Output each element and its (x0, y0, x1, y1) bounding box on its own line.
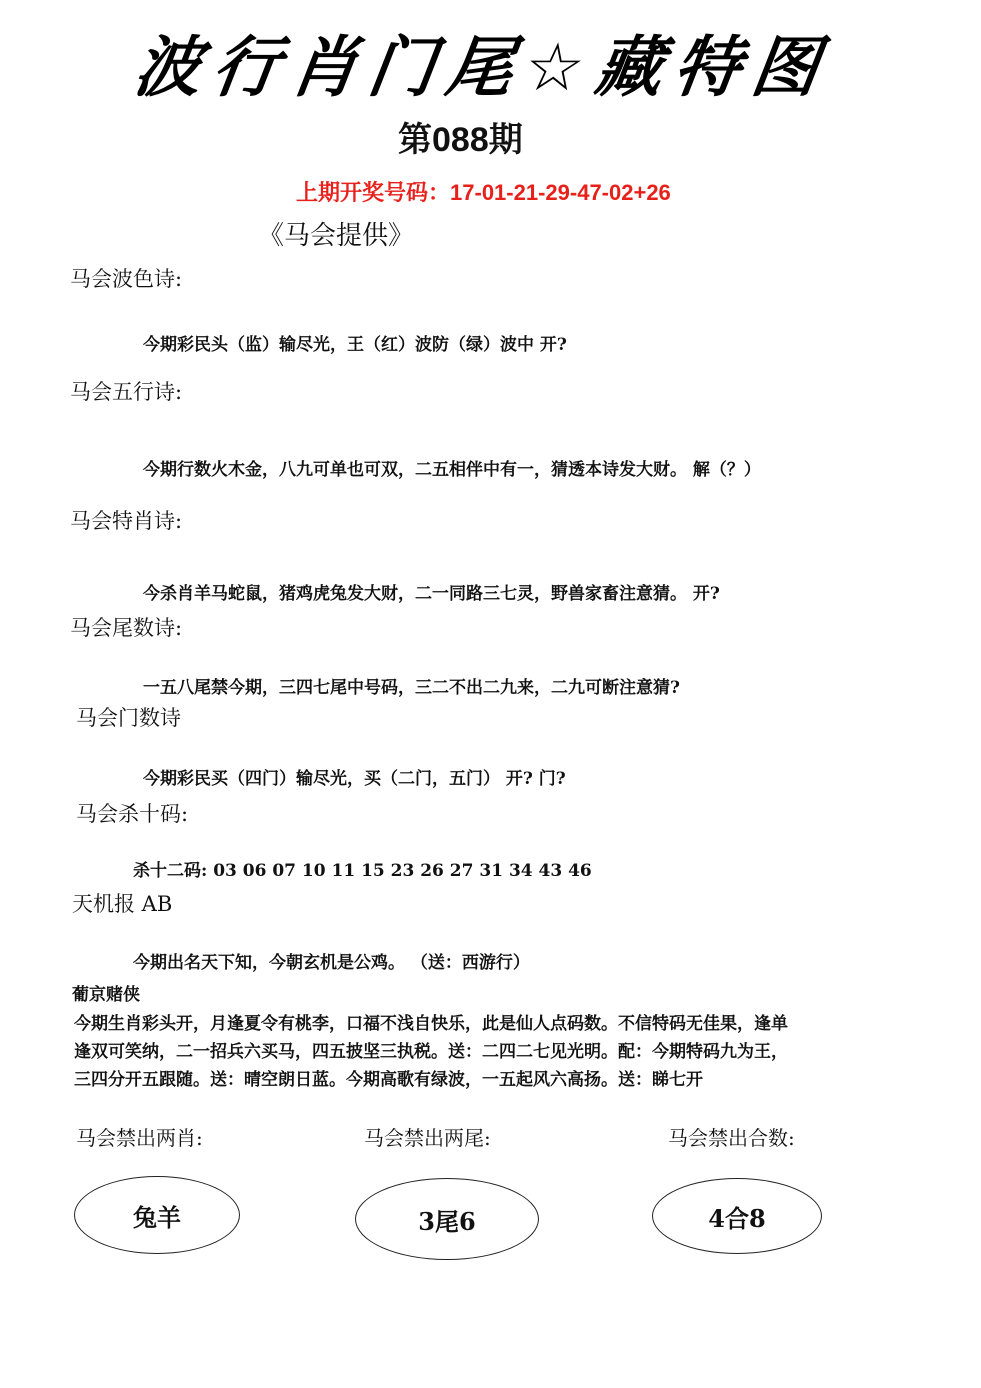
section-heading-tail-number: 马会尾数诗: (70, 612, 182, 642)
page-title: 波行肖门尾☆藏特图 (129, 28, 835, 108)
provider-label: 《马会提供》 (258, 215, 414, 252)
ban-value-sum: 4合8 (652, 1178, 822, 1254)
section-heading-kill-ten: 马会杀十码: (76, 798, 188, 828)
puijing-line: 逢双可笑纳，二一招兵六买马，四五披坚三执税。送：二四二七见光明。配：今期特码九为… (74, 1038, 934, 1066)
ban-label-sum: 马会禁出合数: (668, 1122, 795, 1151)
section-heading-special-zodiac: 马会特肖诗: (70, 505, 182, 535)
ban-value-zodiac-text: 兔羊 (133, 1198, 181, 1233)
section-heading-five-elements: 马会五行诗: (70, 376, 182, 406)
puijing-paragraph: 今期生肖彩头开，月逢夏令有桃李，口福不浅自快乐，此是仙人点码数。不信特码无佳果，… (74, 1010, 934, 1094)
poem-special-zodiac: 今杀肖羊马蛇鼠，猪鸡虎兔发大财，二一同路三七灵，野兽家畜注意猜。 开? (143, 579, 720, 604)
poem-five-elements: 今期行数火木金，八九可单也可双，二五相伴中有一，猜透本诗发大财。 解（？） (143, 455, 761, 480)
poem-wave-color: 今期彩民头（监）输尽光，王（红）波防（绿）波中 开? (143, 330, 567, 355)
section-heading-wave-color: 马会波色诗: (70, 263, 182, 293)
poem-tail-number: 一五八尾禁今期，三四七尾中号码，三二不出二九来，二九可断注意猜? (143, 673, 680, 698)
ban-value-zodiac: 兔羊 (74, 1176, 240, 1254)
previous-result-numbers: 17-01-21-29-47-02+26 (450, 180, 671, 205)
ban-value-sum-text: 4合8 (708, 1199, 765, 1234)
puijing-line: 三四分开五跟随。送：晴空朗日蓝。今期高歌有绿波，一五起风六高扬。送：睇七开 (74, 1066, 934, 1094)
ban-label-tail: 马会禁出两尾: (364, 1122, 491, 1151)
ban-value-tail: 3尾6 (355, 1178, 539, 1260)
ban-label-zodiac: 马会禁出两肖: (76, 1122, 203, 1151)
kill-twelve-numbers: 杀十二码: 03 06 07 10 11 15 23 26 27 31 34 4… (133, 856, 592, 881)
previous-result-label: 上期开奖号码： (296, 180, 450, 205)
previous-result: 上期开奖号码：17-01-21-29-47-02+26 (296, 176, 671, 207)
poem-gate-number: 今期彩民买（四门）输尽光，买（二门，五门） 开? 门? (143, 764, 566, 789)
section-heading-puijing: 葡京赌侠 (72, 980, 140, 1005)
section-heading-tianji: 天机报 AB (72, 888, 172, 918)
section-heading-gate-number: 马会门数诗 (76, 702, 181, 732)
ban-value-tail-text: 3尾6 (418, 1202, 475, 1237)
puijing-line: 今期生肖彩头开，月逢夏令有桃李，口福不浅自快乐，此是仙人点码数。不信特码无佳果，… (74, 1010, 934, 1038)
issue-number: 第088期 (398, 112, 523, 161)
poem-tianji: 今期出名天下知，今朝玄机是公鸡。 （送：西游行） (133, 948, 530, 973)
